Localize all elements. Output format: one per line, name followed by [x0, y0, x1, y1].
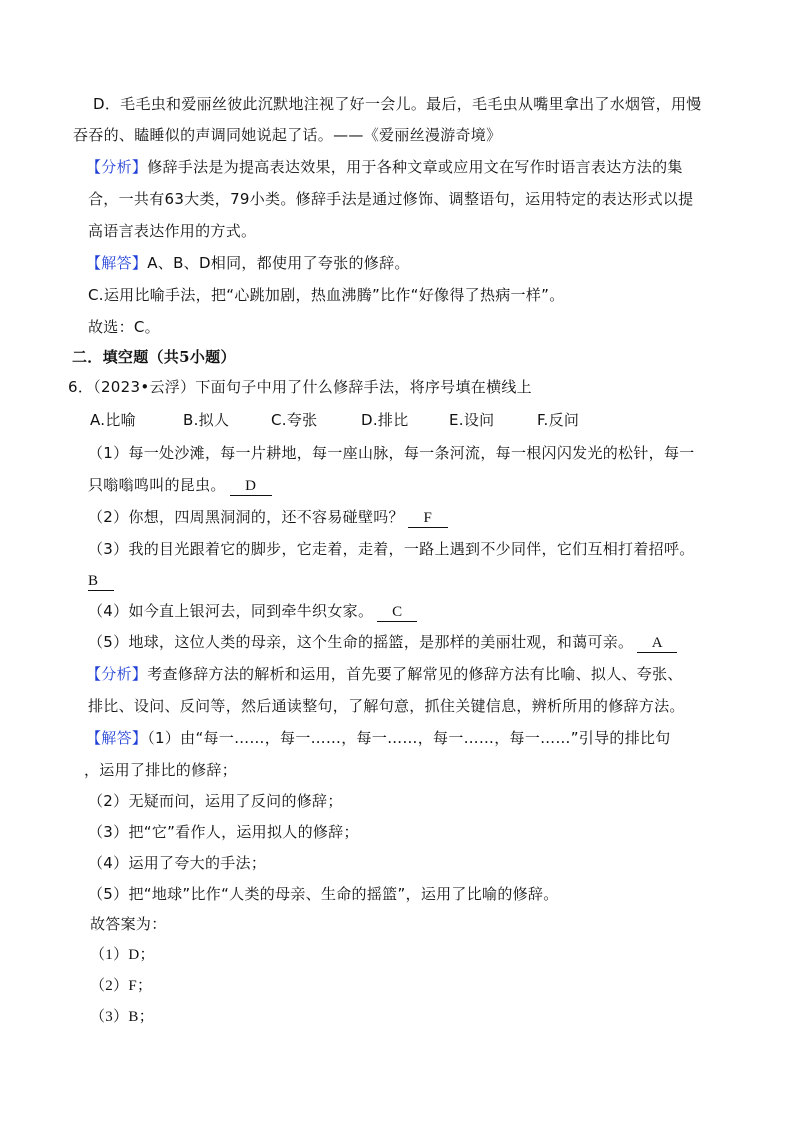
section-title: 二．填空题（共5小题）	[72, 347, 236, 367]
option-d-line2: 吞吞的、瞌睡似的声调同她说起了话。——《爱丽丝漫游奇境》	[73, 125, 501, 145]
option-d: D.排比	[361, 410, 449, 430]
answer-explanation-5: （5）把“地球”比作“人类的母亲、生命的摇篮”，运用了比喻的修辞。	[88, 884, 559, 904]
final-answer-1: （1）D；	[90, 945, 155, 965]
item-2-text: （2）你想，四周黑洞洞的，还不容易碰壁吗？	[88, 508, 404, 526]
item-5-text: （5）地球，这位人类的母亲，这个生命的摇篮，是那样的美丽壮观，和蔼可亲。	[88, 633, 633, 651]
analysis-paragraph-q6: 【分析】考查修辞方法的解析和运用，首先要了解常见的修辞方法有比喻、拟人、夸张、	[86, 664, 683, 684]
document-page: D．毛毛虫和爱丽丝彼此沉默地注视了好一会儿。最后，毛毛虫从嘴里拿出了水烟管，用慢…	[0, 0, 794, 1123]
answer-paragraph-q6: 【解答】（1）由“每一……，每一……，每一……，每一……，每一……”引导的排比句	[86, 728, 671, 748]
answer-paragraph-q5: 【解答】A、B、D相同，都使用了夸张的修辞。	[86, 253, 410, 273]
item-3-line2: B	[88, 570, 114, 591]
option-f: F.反问	[537, 410, 607, 430]
answer-tag: 【解答】	[86, 729, 147, 747]
final-answer-3: （3）B；	[90, 1007, 154, 1027]
answer-text-line1: （1）由“每一……，每一……，每一……，每一……，每一……”引导的排比句	[147, 729, 670, 747]
option-b: B.拟人	[183, 410, 271, 430]
item-3-text: （3）我的目光跟着它的脚步，它走着，走着，一路上遇到不少同伴，它们互相打着招呼。	[88, 539, 695, 559]
item-2: （2）你想，四周黑洞洞的，还不容易碰壁吗？F	[88, 507, 448, 528]
item-1-text: 只嗡嗡鸣叫的昆虫。	[88, 476, 226, 494]
answer-text-line2: ，运用了排比的修辞；	[84, 760, 237, 780]
answer-text-line2: C.运用比喻手法，把“心跳加剧，热血沸腾”比作“好像得了热病一样”。	[88, 285, 565, 305]
answer-explanation-4: （4）运用了夸大的手法；	[88, 853, 266, 873]
analysis-tag: 【分析】	[86, 158, 147, 176]
answer-explanation-2: （2）无疑而问，运用了反问的修辞；	[88, 791, 343, 811]
item-5-answer-blank[interactable]: A	[637, 634, 677, 653]
item-4: （4）如今直上银河去，同到牵牛织女家。C	[88, 601, 417, 622]
options-row: A.比喻B.拟人C.夸张D.排比E.设问F.反问	[90, 410, 607, 430]
option-a: A.比喻	[90, 410, 183, 430]
option-c: C.夸张	[271, 410, 361, 430]
question-6-stem: 6．（2023•云浮）下面句子中用了什么修辞手法，将序号填在横线上	[68, 377, 532, 397]
analysis-text-line2: 排比、设问、反问等，然后通读整句，了解句意，抓住关键信息，辨析所用的修辞方法。	[88, 696, 685, 716]
analysis-text-line1: 修辞手法是为提高表达效果，用于各种文章或应用文在写作时语言表达方法的集	[147, 158, 683, 176]
analysis-paragraph-q5: 【分析】修辞手法是为提高表达效果，用于各种文章或应用文在写作时语言表达方法的集	[86, 157, 683, 177]
analysis-text-line1: 考查修辞方法的解析和运用，首先要了解常见的修辞方法有比喻、拟人、夸张、	[147, 665, 683, 683]
item-4-text: （4）如今直上银河去，同到牵牛织女家。	[88, 602, 373, 620]
option-e: E.设问	[449, 410, 537, 430]
item-4-answer-blank[interactable]: C	[377, 603, 417, 622]
item-1-line2: 只嗡嗡鸣叫的昆虫。D	[88, 475, 272, 496]
final-answer-label: 故答案为：	[90, 914, 167, 934]
answer-text-line3: 故选：C。	[88, 317, 160, 337]
item-3-answer-blank[interactable]: B	[88, 572, 114, 591]
analysis-tag: 【分析】	[86, 665, 147, 683]
item-1-line1: （1）每一处沙滩，每一片耕地，每一座山脉，每一条河流，每一根闪闪发光的松针，每一	[88, 443, 695, 463]
answer-tag: 【解答】	[86, 254, 147, 272]
answer-text-line1: A、B、D相同，都使用了夸张的修辞。	[147, 254, 410, 272]
answer-explanation-3: （3）把“它”看作人，运用拟人的修辞；	[88, 822, 359, 842]
item-5: （5）地球，这位人类的母亲，这个生命的摇篮，是那样的美丽壮观，和蔼可亲。A	[88, 632, 677, 653]
analysis-text-line3: 高语言表达作用的方式。	[88, 221, 256, 241]
item-1-answer-blank[interactable]: D	[230, 477, 272, 496]
final-answer-2: （2）F；	[90, 976, 152, 996]
analysis-text-line2: 合，一共有63大类，79小类。修辞手法是通过修饰、调整语句，运用特定的表达形式以…	[88, 189, 693, 209]
option-d-line1: D．毛毛虫和爱丽丝彼此沉默地注视了好一会儿。最后，毛毛虫从嘴里拿出了水烟管，用慢	[93, 94, 702, 114]
item-2-answer-blank[interactable]: F	[408, 509, 448, 528]
